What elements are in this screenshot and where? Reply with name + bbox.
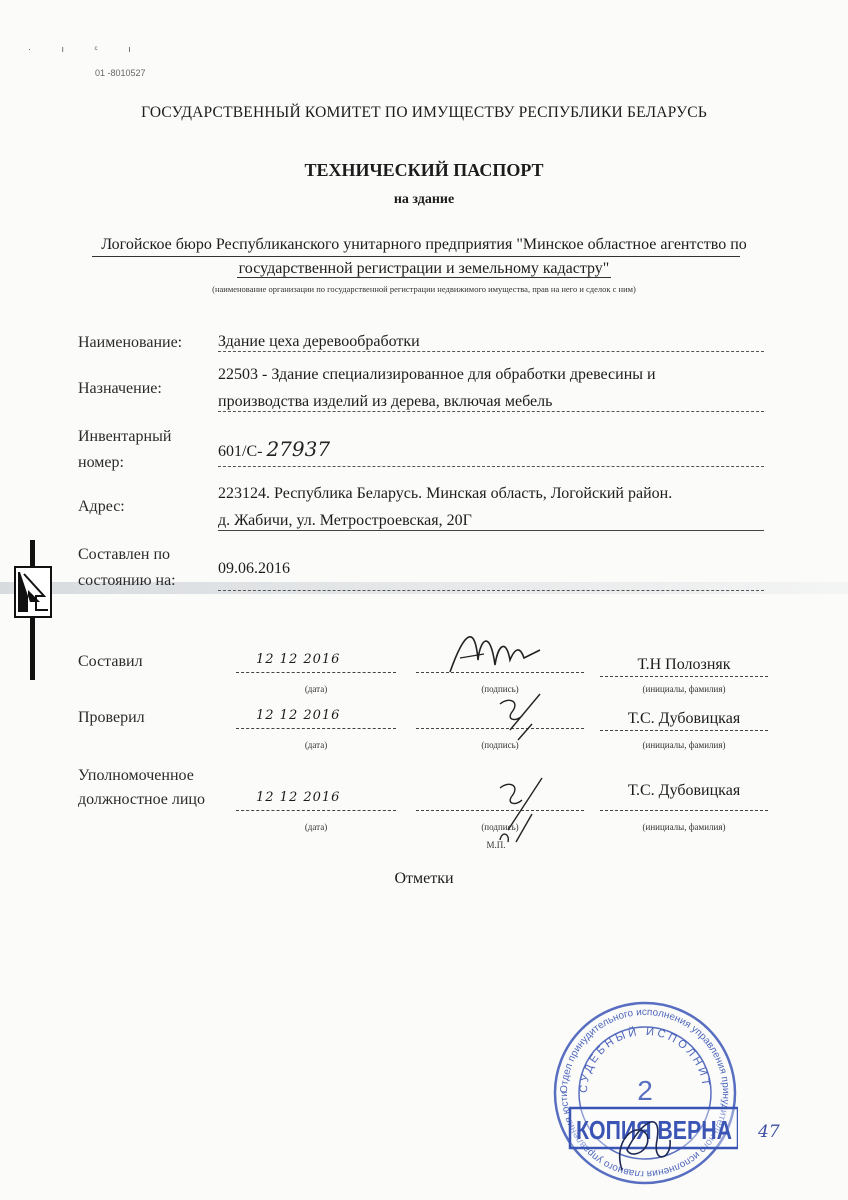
compiled-by-label: Составил [78,650,143,674]
stamp-number: 2 [637,1075,653,1106]
authorized-official-signature-caption: (подпись) [416,822,584,832]
compiled-by-date: 12 12 2016 [256,652,340,667]
checked-by-name-rule [600,730,768,731]
purpose-value-line-1: 22503 - Здание специализированное для об… [218,362,656,388]
checked-by-name: Т.С. Дубовицкая [600,710,768,728]
organization-line-2: государственной регистрации и земельному… [0,260,848,278]
notes-heading: Отметки [0,870,848,888]
as-of-label-line-2: состоянию на: [78,568,176,594]
compiled-by-name: Т.Н Полозняк [600,656,768,674]
inventory-value: 601/С- 27937 [218,436,330,465]
inventory-label-line-2: номер: [78,450,124,476]
address-label: Адрес: [78,494,125,520]
organization-line-2-text: государственной регистрации и земельному… [237,260,612,278]
compiled-by-signature-icon [440,620,550,680]
document-subtitle: на здание [0,192,848,208]
inventory-handwritten-number: 27937 [266,437,330,461]
name-rule [218,351,764,352]
purpose-rule [218,411,764,412]
checked-by-signature-caption: (подпись) [416,740,584,750]
authorized-official-date: 12 12 2016 [256,790,340,805]
organization-caption: (наименование организации по государстве… [0,284,848,294]
authorized-official-signature-icon [480,770,560,850]
stamp-certify-text: КОПИЯ ВЕРНА [576,1115,732,1145]
authorized-official-label-line-2: должностное лицо [78,788,205,812]
checked-by-label: Проверил [78,706,145,730]
authorized-official-name: Т.С. Дубовицкая [600,782,768,800]
authorized-official-name-caption: (инициалы, фамилия) [600,822,768,832]
authorized-official-date-rule [236,810,396,811]
address-value-line-1: 223124. Республика Беларусь. Минская обл… [218,481,672,507]
inventory-rule [218,466,764,467]
inventory-prefix: 601/С- [218,443,262,460]
certification-stamp-icon: Отдел принудительного исполнения управле… [552,1000,738,1186]
organization-rule [92,256,740,257]
as-of-value: 09.06.2016 [218,556,290,582]
binder-clip-icon [14,566,52,618]
name-label: Наименование: [78,330,182,356]
as-of-label-line-1: Составлен по [78,542,170,568]
checked-by-name-caption: (инициалы, фамилия) [600,740,768,750]
seal-placeholder-caption: М.П. [456,840,536,850]
compiled-by-name-caption: (инициалы, фамилия) [600,684,768,694]
scan-code: 01 -8010527 [95,68,146,78]
compiled-by-date-caption: (дата) [236,684,396,694]
checked-by-date-caption: (дата) [236,740,396,750]
checked-by-date: 12 12 2016 [256,708,340,723]
compiled-by-name-rule [600,676,768,677]
page-number: 47 [758,1122,780,1142]
authorized-official-name-rule [600,810,768,811]
as-of-rule [218,590,764,591]
authorized-official-date-caption: (дата) [236,822,396,832]
organization-line-1: Логойское бюро Республиканского унитарно… [0,236,848,254]
checked-by-date-rule [236,728,396,729]
committee-heading: ГОСУДАРСТВЕННЫЙ КОМИТЕТ ПО ИМУЩЕСТВУ РЕС… [0,104,848,122]
authorized-official-label-line-1: Уполномоченное [78,764,194,788]
address-rule [218,530,764,531]
document-title: ТЕХНИЧЕСКИЙ ПАСПОРТ [0,160,848,181]
purpose-label: Назначение: [78,376,162,402]
scan-marks: · ı ᶜ ı [28,44,145,54]
inventory-label-line-1: Инвентарный [78,424,171,450]
compiled-by-date-rule [236,672,396,673]
